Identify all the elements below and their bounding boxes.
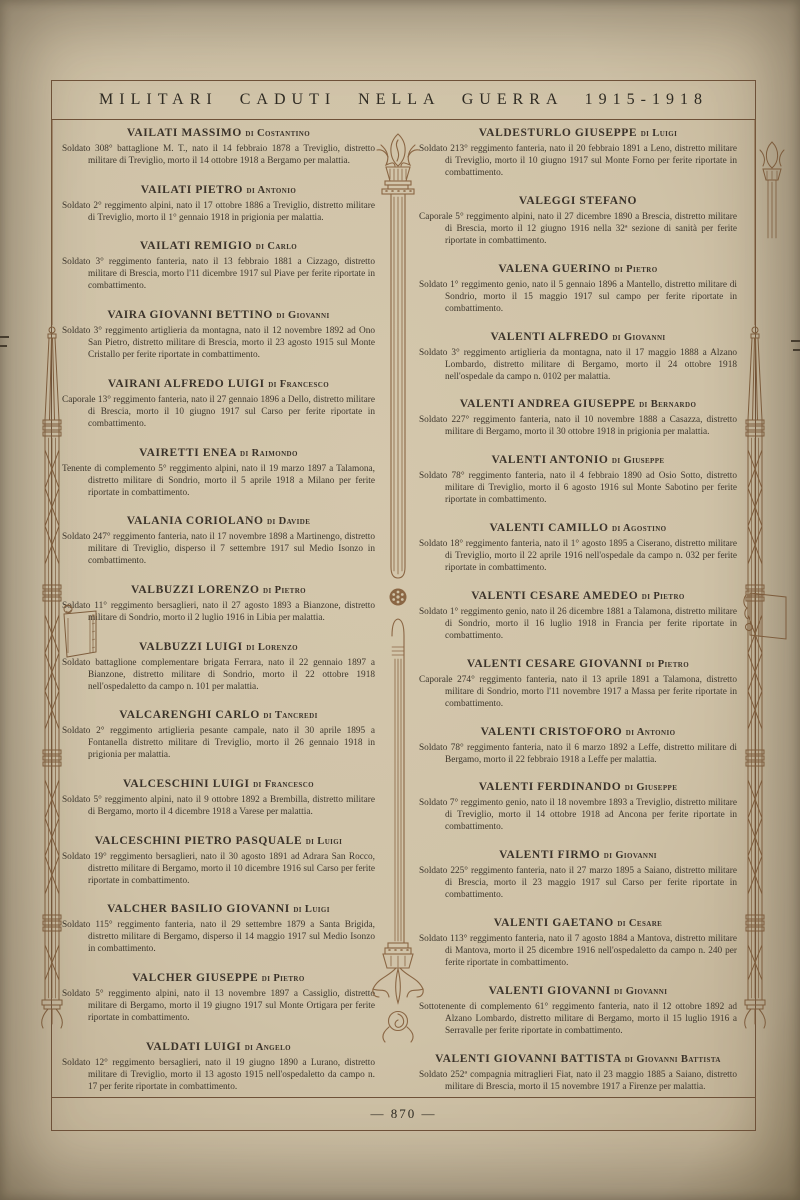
entry-text: Soldato 225° reggimento fanteria, nato i… — [419, 865, 737, 901]
entry-text: Soldato 1° reggimento genio, nato il 26 … — [419, 606, 737, 642]
entry-heading: VALENTI CAMILLO di Agostino — [419, 522, 737, 534]
soldier-patronymic: di Luigi — [641, 128, 678, 139]
soldier-name: VALENTI CAMILLO — [490, 522, 609, 534]
entry-heading: VALANIA CORIOLANO di Davide — [62, 515, 375, 527]
entry-heading: VAILATI REMIGIO di Carlo — [62, 240, 375, 252]
memorial-entry: VALBUZZI LORENZO di Pietro Soldato 11° r… — [62, 584, 375, 624]
soldier-name: VAIRETTI ENEA — [139, 447, 236, 459]
left-column: VAILATI MASSIMO di Costantino Soldato 30… — [62, 127, 375, 1093]
entry-text: Soldato 7° reggimento genio, nato il 18 … — [419, 797, 737, 833]
entry-heading: VALENTI ANTONIO di Giuseppe — [419, 454, 737, 466]
edge-tick — [0, 336, 9, 338]
tablet-ornament-right — [742, 585, 790, 649]
memorial-entry: VALEGGI STEFANO Caporale 5° reggimento a… — [419, 195, 737, 247]
soldier-name: VALENA GUERINO — [498, 263, 611, 275]
entry-heading: VALDESTURLO GIUSEPPE di Luigi — [419, 127, 737, 139]
soldier-patronymic: di Agostino — [612, 523, 666, 534]
memorial-entry: VALENTI GIOVANNI BATTISTA di Giovanni Ba… — [419, 1053, 737, 1093]
soldier-name: VAILATI MASSIMO — [127, 127, 242, 139]
memorial-entry: VALENTI CESARE AMEDEO di Pietro Soldato … — [419, 590, 737, 642]
entry-text: Caporale 274° reggimento fanteria, nato … — [419, 674, 737, 710]
soldier-name: VALENTI GIOVANNI — [489, 985, 611, 997]
soldier-name: VALENTI CRISTOFORO — [481, 726, 623, 738]
soldier-name: VALBUZZI LORENZO — [131, 584, 260, 596]
entry-heading: VALEGGI STEFANO — [419, 195, 737, 207]
entry-text: Soldato 19° reggimento bersaglieri, nato… — [62, 851, 375, 887]
entry-heading: VAILATI PIETRO di Antonio — [62, 184, 375, 196]
entry-heading: VALCESCHINI LUIGI di Francesco — [62, 778, 375, 790]
entry-heading: VALENTI FIRMO di Giovanni — [419, 849, 737, 861]
soldier-patronymic: di Francesco — [253, 779, 314, 790]
soldier-patronymic: di Pietro — [262, 973, 305, 984]
entry-heading: VALCHER GIUSEPPE di Pietro — [62, 972, 375, 984]
memorial-entry: VAIRANI ALFREDO LUIGI di Francesco Capor… — [62, 378, 375, 430]
entry-heading: VALENTI GAETANO di Cesare — [419, 917, 737, 929]
entry-heading: VALENA GUERINO di Pietro — [419, 263, 737, 275]
memorial-entry: VALBUZZI LUIGI di Lorenzo Soldato battag… — [62, 641, 375, 693]
memorial-entry: VALENTI ALFREDO di Giovanni Soldato 3° r… — [419, 331, 737, 383]
entry-heading: VALENTI GIOVANNI di Giovanni — [419, 985, 737, 997]
header-band: MILITARI CADUTI NELLA GUERRA 1915-1918 — [52, 81, 755, 120]
entry-heading: VALCARENGHI CARLO di Tancredi — [62, 709, 375, 721]
soldier-name: VALENTI ALFREDO — [490, 331, 608, 343]
soldier-name: VALENTI ANDREA GIUSEPPE — [460, 398, 636, 410]
memorial-entry: VALCHER BASILIO GIOVANNI di Luigi Soldat… — [62, 903, 375, 955]
soldier-name: VALCESCHINI LUIGI — [123, 778, 250, 790]
soldier-patronymic: di Pietro — [615, 264, 658, 275]
memorial-entry: VALDESTURLO GIUSEPPE di Luigi Soldato 21… — [419, 127, 737, 179]
memorial-entry: VALCARENGHI CARLO di Tancredi Soldato 2°… — [62, 709, 375, 761]
soldier-patronymic: di Davide — [267, 516, 310, 527]
soldier-patronymic: di Giuseppe — [612, 455, 665, 466]
soldier-patronymic: di Pietro — [263, 585, 306, 596]
soldier-name: VALENTI CESARE GIOVANNI — [467, 658, 643, 670]
memorial-entry: VAILATI REMIGIO di Carlo Soldato 3° regg… — [62, 240, 375, 292]
entry-heading: VAIRETTI ENEA di Raimondo — [62, 447, 375, 459]
soldier-name: VALCHER GIUSEPPE — [132, 972, 258, 984]
entry-heading: VALENTI CESARE AMEDEO di Pietro — [419, 590, 737, 602]
entry-text: Soldato 115° reggimento fanteria, nato i… — [62, 919, 375, 955]
soldier-patronymic: di Giovanni — [276, 310, 329, 321]
soldier-name: VALENTI GIOVANNI BATTISTA — [435, 1053, 621, 1065]
entry-text: Soldato battaglione complementare brigat… — [62, 657, 375, 693]
entry-text: Soldato 113° reggimento fanteria, nato i… — [419, 933, 737, 969]
entry-heading: VALENTI ANDREA GIUSEPPE di Bernardo — [419, 398, 737, 410]
soldier-patronymic: di Luigi — [306, 836, 343, 847]
memorial-entry: VALCESCHINI PIETRO PASQUALE di Luigi Sol… — [62, 835, 375, 887]
right-column: VALDESTURLO GIUSEPPE di Luigi Soldato 21… — [419, 127, 737, 1093]
footer-band: — 870 — — [52, 1097, 755, 1130]
soldier-name: VALENTI ANTONIO — [492, 454, 609, 466]
soldier-patronymic: di Angelo — [245, 1042, 291, 1053]
entry-heading: VALENTI CRISTOFORO di Antonio — [419, 726, 737, 738]
entry-text: Soldato 2° reggimento alpini, nato il 17… — [62, 200, 375, 224]
soldier-name: VAIRA GIOVANNI BETTINO — [107, 309, 273, 321]
soldier-patronymic: di Lorenzo — [246, 642, 298, 653]
edge-tick — [791, 340, 800, 342]
scanned-register-page: { "page": { "title": "MILITARI CADUTI NE… — [0, 0, 800, 1200]
memorial-entry: VALENTI GAETANO di Cesare Soldato 113° r… — [419, 917, 737, 969]
entry-heading: VALCESCHINI PIETRO PASQUALE di Luigi — [62, 835, 375, 847]
entry-text: Soldato 1° reggimento genio, nato il 5 g… — [419, 279, 737, 315]
soldier-name: VALENTI CESARE AMEDEO — [471, 590, 638, 602]
memorial-entry: VAIRETTI ENEA di Raimondo Tenente di com… — [62, 447, 375, 499]
entry-heading: VALENTI ALFREDO di Giovanni — [419, 331, 737, 343]
memorial-entry: VALENTI GIOVANNI di Giovanni Sottotenent… — [419, 985, 737, 1037]
tablet-ornament-left — [56, 602, 104, 666]
entry-text: Soldato 5° reggimento alpini, nato il 13… — [62, 988, 375, 1024]
memorial-entry: VALENTI FIRMO di Giovanni Soldato 225° r… — [419, 849, 737, 901]
memorial-entry: VALENTI CRISTOFORO di Antonio Soldato 78… — [419, 726, 737, 766]
memorial-entry: VALDATI LUIGI di Angelo Soldato 12° regg… — [62, 1041, 375, 1093]
memorial-entry: VALENTI CAMILLO di Agostino Soldato 18° … — [419, 522, 737, 574]
entry-text: Soldato 78° reggimento fanteria, nato il… — [419, 470, 737, 506]
entry-heading: VALDATI LUIGI di Angelo — [62, 1041, 375, 1053]
entry-text: Tenente di complemento 5° reggimento alp… — [62, 463, 375, 499]
page-number: — 870 — — [371, 1106, 437, 1122]
soldier-patronymic: di Tancredi — [263, 710, 317, 721]
memorial-entry: VALENA GUERINO di Pietro Soldato 1° regg… — [419, 263, 737, 315]
entry-heading: VALBUZZI LUIGI di Lorenzo — [62, 641, 375, 653]
entry-text: Soldato 78° reggimento fanteria, nato il… — [419, 742, 737, 766]
entry-heading: VAILATI MASSIMO di Costantino — [62, 127, 375, 139]
soldier-patronymic: di Raimondo — [240, 448, 298, 459]
soldier-name: VALCESCHINI PIETRO PASQUALE — [95, 835, 302, 847]
fasces-rod-left — [34, 120, 70, 1050]
memorial-entry: VALANIA CORIOLANO di Davide Soldato 247°… — [62, 515, 375, 567]
entry-text: Soldato 11° reggimento bersaglieri, nato… — [62, 600, 375, 624]
soldier-patronymic: di Pietro — [646, 659, 689, 670]
soldier-patronymic: di Giovanni — [604, 850, 657, 861]
soldier-name: VAILATI PIETRO — [141, 184, 243, 196]
torch-column-ornament — [368, 131, 428, 1046]
memorial-entry: VALCHER GIUSEPPE di Pietro Soldato 5° re… — [62, 972, 375, 1024]
soldier-patronymic: di Giovanni Battista — [625, 1054, 721, 1065]
entry-text: Soldato 12° reggimento bersaglieri, nato… — [62, 1057, 375, 1093]
soldier-patronymic: di Antonio — [626, 727, 676, 738]
soldier-name: VALENTI GAETANO — [494, 917, 614, 929]
soldier-patronymic: di Pietro — [642, 591, 685, 602]
soldier-name: VALDESTURLO GIUSEPPE — [479, 127, 637, 139]
memorial-entry: VALENTI ANDREA GIUSEPPE di Bernardo Sold… — [419, 398, 737, 438]
soldier-patronymic: di Bernardo — [639, 399, 696, 410]
page-title: MILITARI CADUTI NELLA GUERRA 1915-1918 — [99, 91, 708, 109]
entry-text: Soldato 2° reggimento artiglieria pesant… — [62, 725, 375, 761]
soldier-name: VAIRANI ALFREDO LUIGI — [108, 378, 265, 390]
soldier-name: VAILATI REMIGIO — [140, 240, 252, 252]
entry-heading: VAIRANI ALFREDO LUIGI di Francesco — [62, 378, 375, 390]
soldier-name: VALBUZZI LUIGI — [139, 641, 243, 653]
soldier-name: VALENTI FERDINANDO — [479, 781, 622, 793]
soldier-name: VALCARENGHI CARLO — [119, 709, 260, 721]
entry-heading: VALENTI FERDINANDO di Giuseppe — [419, 781, 737, 793]
edge-tick — [0, 345, 7, 347]
soldier-patronymic: di Carlo — [256, 241, 297, 252]
memorial-entry: VALENTI ANTONIO di Giuseppe Soldato 78° … — [419, 454, 737, 506]
entry-heading: VALBUZZI LORENZO di Pietro — [62, 584, 375, 596]
edge-tick — [793, 349, 800, 351]
entry-text: Caporale 13° reggimento fanteria, nato i… — [62, 394, 375, 430]
memorial-entry: VAILATI PIETRO di Antonio Soldato 2° reg… — [62, 184, 375, 224]
memorial-entry: VALCESCHINI LUIGI di Francesco Soldato 5… — [62, 778, 375, 818]
entry-text: Soldato 3° reggimento artiglieria da mon… — [62, 325, 375, 361]
memorial-entry: VALENTI FERDINANDO di Giuseppe Soldato 7… — [419, 781, 737, 833]
entry-text: Soldato 227° reggimento fanteria, nato i… — [419, 414, 737, 438]
soldier-name: VALEGGI STEFANO — [519, 195, 637, 207]
soldier-patronymic: di Luigi — [293, 904, 330, 915]
soldier-patronymic: di Francesco — [268, 379, 329, 390]
entry-text: Soldato 252ª compagnia mitraglieri Fiat,… — [419, 1069, 737, 1093]
memorial-entry: VALENTI CESARE GIOVANNI di Pietro Capora… — [419, 658, 737, 710]
soldier-patronymic: di Giovanni — [614, 986, 667, 997]
entry-text: Soldato 18° reggimento fanteria, nato il… — [419, 538, 737, 574]
entry-text: Soldato 213° reggimento fanteria, nato i… — [419, 143, 737, 179]
entry-heading: VALENTI CESARE GIOVANNI di Pietro — [419, 658, 737, 670]
soldier-patronymic: di Giuseppe — [625, 782, 678, 793]
entry-heading: VALENTI GIOVANNI BATTISTA di Giovanni Ba… — [419, 1053, 737, 1065]
memorial-entry: VAIRA GIOVANNI BETTINO di Giovanni Solda… — [62, 309, 375, 361]
entry-text: Caporale 5° reggimento alpini, nato il 2… — [419, 211, 737, 247]
memorial-entry: VAILATI MASSIMO di Costantino Soldato 30… — [62, 127, 375, 167]
entry-text: Soldato 247° reggimento fanteria, nato i… — [62, 531, 375, 567]
entry-text: Soldato 308° battaglione M. T., nato il … — [62, 143, 375, 167]
entry-text: Sottotenente di complemento 61° reggimen… — [419, 1001, 737, 1037]
soldier-patronymic: di Antonio — [247, 185, 297, 196]
entry-text: Soldato 3° reggimento fanteria, nato il … — [62, 256, 375, 292]
entry-text: Soldato 3° reggimento artiglieria da mon… — [419, 347, 737, 383]
entry-heading: VALCHER BASILIO GIOVANNI di Luigi — [62, 903, 375, 915]
entry-heading: VAIRA GIOVANNI BETTINO di Giovanni — [62, 309, 375, 321]
soldier-name: VALANIA CORIOLANO — [127, 515, 264, 527]
soldier-patronymic: di Giovanni — [612, 332, 665, 343]
soldier-name: VALENTI FIRMO — [499, 849, 600, 861]
soldier-patronymic: di Costantino — [245, 128, 310, 139]
torch-right-margin — [750, 140, 800, 240]
soldier-patronymic: di Cesare — [617, 918, 662, 929]
soldier-name: VALDATI LUIGI — [146, 1041, 241, 1053]
entry-text: Soldato 5° reggimento alpini, nato il 9 … — [62, 794, 375, 818]
soldier-name: VALCHER BASILIO GIOVANNI — [107, 903, 290, 915]
